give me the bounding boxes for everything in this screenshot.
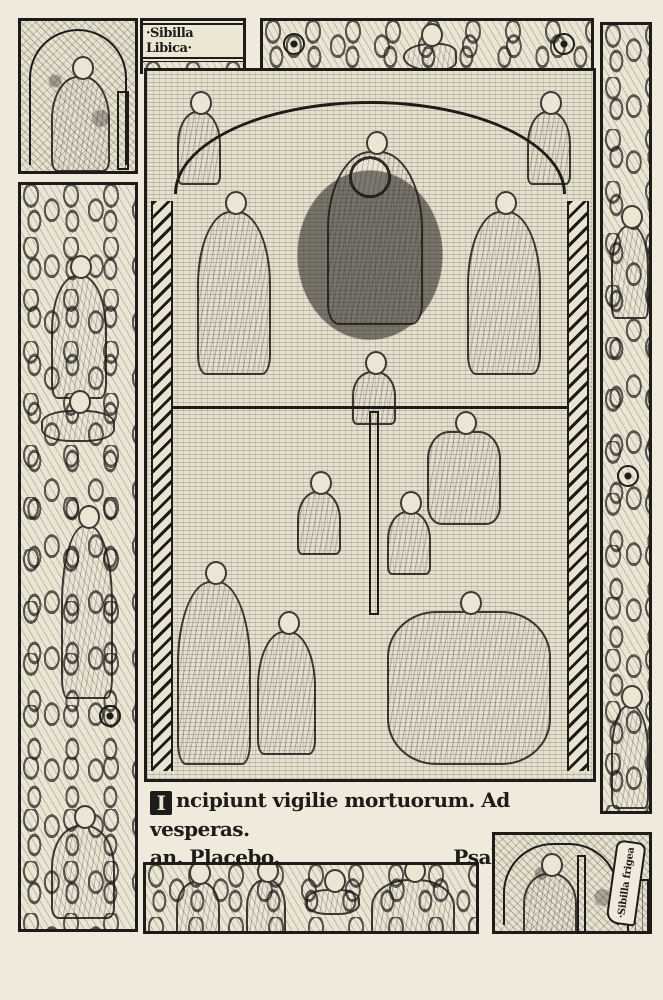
border-figure-dog — [41, 410, 115, 442]
decorated-initial: I — [150, 791, 172, 815]
hunter-figure — [246, 879, 286, 934]
angel-right-figure — [527, 111, 571, 185]
flower-icon — [283, 33, 305, 55]
kneeling-soul-figure — [257, 631, 316, 755]
demon-figure — [427, 431, 501, 525]
border-figure — [611, 225, 649, 319]
border-figure — [611, 705, 649, 809]
hunter-figure — [176, 881, 220, 934]
cross-staff-icon — [577, 855, 586, 934]
border-figure-pilgrim — [51, 275, 107, 399]
rising-dead-figure — [297, 491, 341, 555]
bottom-hunting-scene-panel — [143, 862, 479, 934]
cloud-divider — [172, 406, 568, 409]
caption-line-1-text: ncipiunt vigilie mortuorum. Ad vesperas. — [150, 788, 510, 841]
torch-icon — [117, 91, 129, 170]
sibyl-name-text: ·Sibilla Libica· — [143, 23, 243, 59]
flower-icon — [553, 33, 575, 55]
left-foliage-border — [18, 182, 138, 932]
angel-left-figure — [177, 111, 221, 185]
animal-figure — [306, 889, 360, 915]
border-figure-lady — [61, 525, 113, 699]
border-figure-hunter — [51, 825, 115, 919]
christ-enthroned-figure — [327, 151, 423, 325]
trumpet-icon — [369, 411, 379, 615]
john-baptist-figure — [467, 211, 541, 375]
archangel-michael-figure — [177, 581, 251, 765]
right-foliage-border — [600, 22, 652, 814]
sibyl-figure — [523, 873, 577, 934]
bird-icon — [403, 43, 457, 71]
right-twisted-column — [567, 201, 589, 771]
banner-text: ·Sibilla frigea — [616, 847, 637, 919]
flower-icon — [617, 465, 639, 487]
main-last-judgment-scene — [144, 68, 596, 782]
bottom-right-sibyl-panel: ·Sibilla frigea — [492, 832, 652, 934]
seated-couple-figure — [371, 879, 455, 934]
virgin-mary-figure — [197, 211, 271, 375]
rising-dead-figure — [387, 511, 431, 575]
sibyl-figure — [51, 76, 110, 172]
top-left-sibyl-panel — [18, 18, 138, 174]
flower-icon — [99, 705, 121, 727]
demons-group-figure — [387, 611, 551, 765]
sibyl-name-label: ·Sibilla Libica· — [140, 18, 246, 64]
left-twisted-column — [151, 201, 173, 771]
